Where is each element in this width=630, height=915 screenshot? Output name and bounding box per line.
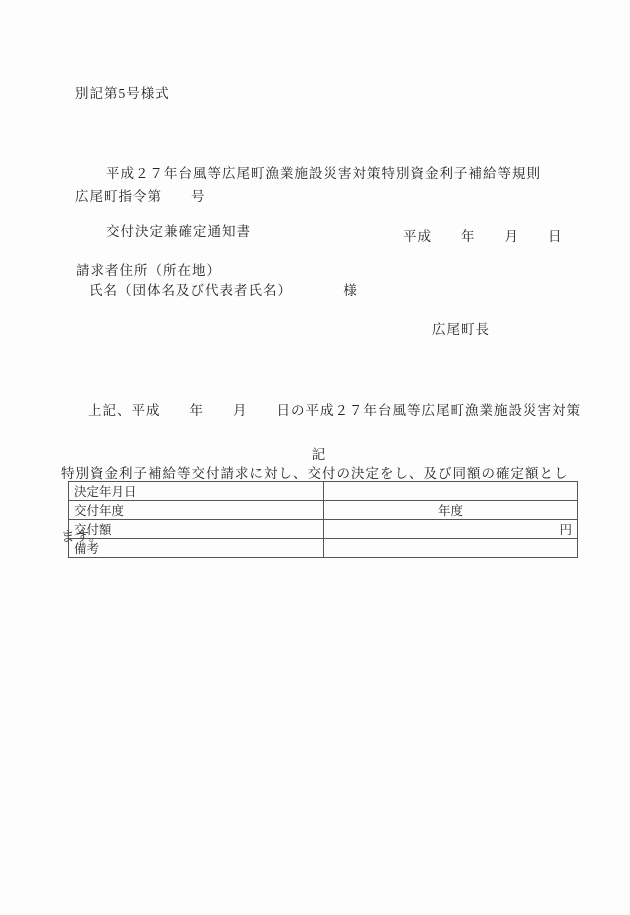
issuer-mayor-label: 広尾町長 — [432, 320, 490, 339]
row-label-grant-amount: 交付額 — [69, 520, 324, 539]
requester-address-label: 請求者住所（所在地） — [76, 261, 221, 280]
directive-number-line: 広尾町指令第 号 — [75, 187, 206, 206]
section-marker-ki: 記 — [61, 443, 577, 463]
row-value-grant-amount: 円 — [324, 520, 578, 539]
table-row-grant-amount: 交付額 円 — [69, 520, 578, 539]
row-label-grant-fiscal-year: 交付年度 — [69, 501, 324, 520]
document-page: 別記第5号様式 平成２７年台風等広尾町漁業施設災害対策特別資金利子補給等規則 交… — [0, 0, 630, 915]
document-title-line1: 平成２７年台風等広尾町漁業施設災害対策特別資金利子補給等規則 — [106, 164, 541, 184]
date-blank-line: 平成 年 月 日 — [403, 227, 563, 246]
form-number-label: 別記第5号様式 — [75, 84, 170, 103]
body-paragraph-line1: 上記、平成 年 月 日の平成２７年台風等広尾町漁業施設災害対策 — [61, 400, 583, 421]
row-label-remarks: 備考 — [69, 539, 324, 558]
table-row-remarks: 備考 — [69, 539, 578, 558]
row-value-decision-date — [324, 482, 578, 501]
row-label-decision-date: 決定年月日 — [69, 482, 324, 501]
row-value-grant-fiscal-year: 年度 — [324, 501, 578, 520]
requester-name-label: 氏名（団体名及び代表者氏名） 様 — [89, 281, 358, 300]
table-row-grant-fiscal-year: 交付年度 年度 — [69, 501, 578, 520]
row-value-remarks — [324, 539, 578, 558]
table-row-decision-date: 決定年月日 — [69, 482, 578, 501]
grant-details-table: 決定年月日 交付年度 年度 交付額 円 備考 — [68, 481, 578, 558]
